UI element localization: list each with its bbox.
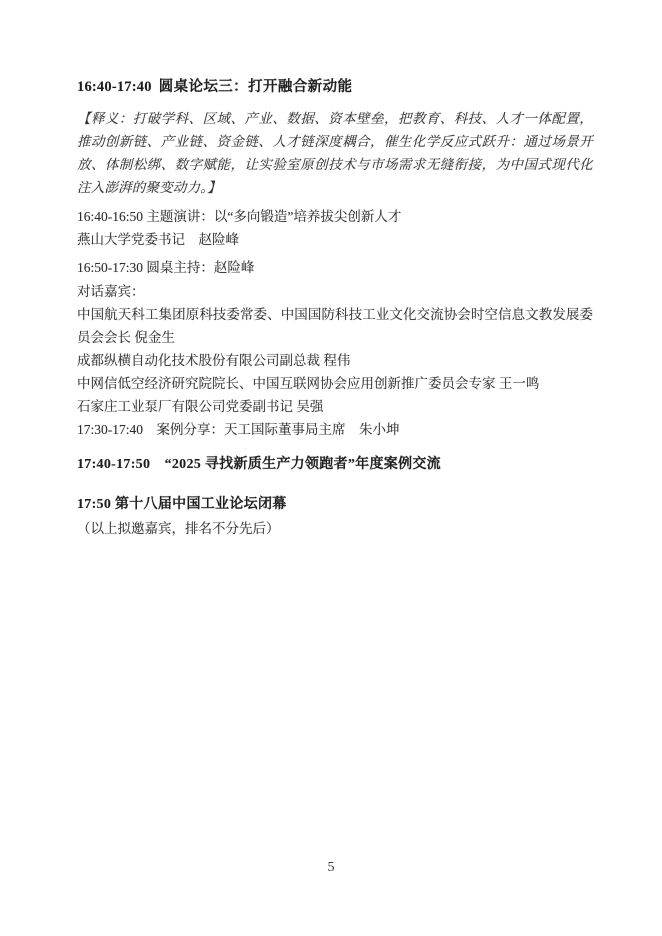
annotation-paragraph: 【释义：打破学科、区域、产业、数据、资本壁垒，把教育、科技、人才一体配置，推动创…: [77, 107, 593, 199]
session-title: 圆桌论坛三：打开融合新动能: [159, 79, 353, 95]
case-share-line: 17:30-17:40 案例分享：天工国际董事局主席 朱小坤: [77, 418, 593, 441]
guest-line: 石家庄工业泵厂有限公司党委副书记 吴强: [77, 395, 593, 418]
note-line: （以上拟邀嘉宾，排名不分先后）: [77, 517, 593, 540]
session-heading: 16:40-17:40圆桌论坛三：打开融合新动能: [77, 76, 593, 99]
annual-case-line: 17:40-17:50 “2025 寻找新质生产力领跑者”年度案例交流: [77, 453, 593, 476]
guest-line: 中国航天科工集团原科技委常委、中国国防科技工业文化交流协会时空信息文教发展委员会…: [77, 303, 593, 349]
document-page: 16:40-17:40圆桌论坛三：打开融合新动能 【释义：打破学科、区域、产业、…: [0, 0, 662, 936]
closing-line: 17:50 第十八届中国工业论坛闭幕: [77, 493, 593, 516]
guest-line: 成都纵横自动化技术股份有限公司副总裁 程伟: [77, 349, 593, 372]
keynote-speaker-line: 燕山大学党委书记 赵险峰: [77, 228, 593, 251]
session-time: 16:40-17:40: [77, 79, 152, 95]
document-content: 16:40-17:40圆桌论坛三：打开融合新动能 【释义：打破学科、区域、产业、…: [77, 76, 593, 540]
guest-line: 中网信低空经济研究院院长、中国互联网协会应用创新推广委员会专家 王一鸣: [77, 372, 593, 395]
roundtable-host-line: 16:50-17:30 圆桌主持：赵险峰: [77, 256, 593, 279]
page-number: 5: [0, 860, 662, 876]
keynote-line: 16:40-16:50 主题演讲：以“多向锻造”培养拔尖创新人才: [77, 205, 593, 228]
guests-label: 对话嘉宾：: [77, 280, 593, 303]
